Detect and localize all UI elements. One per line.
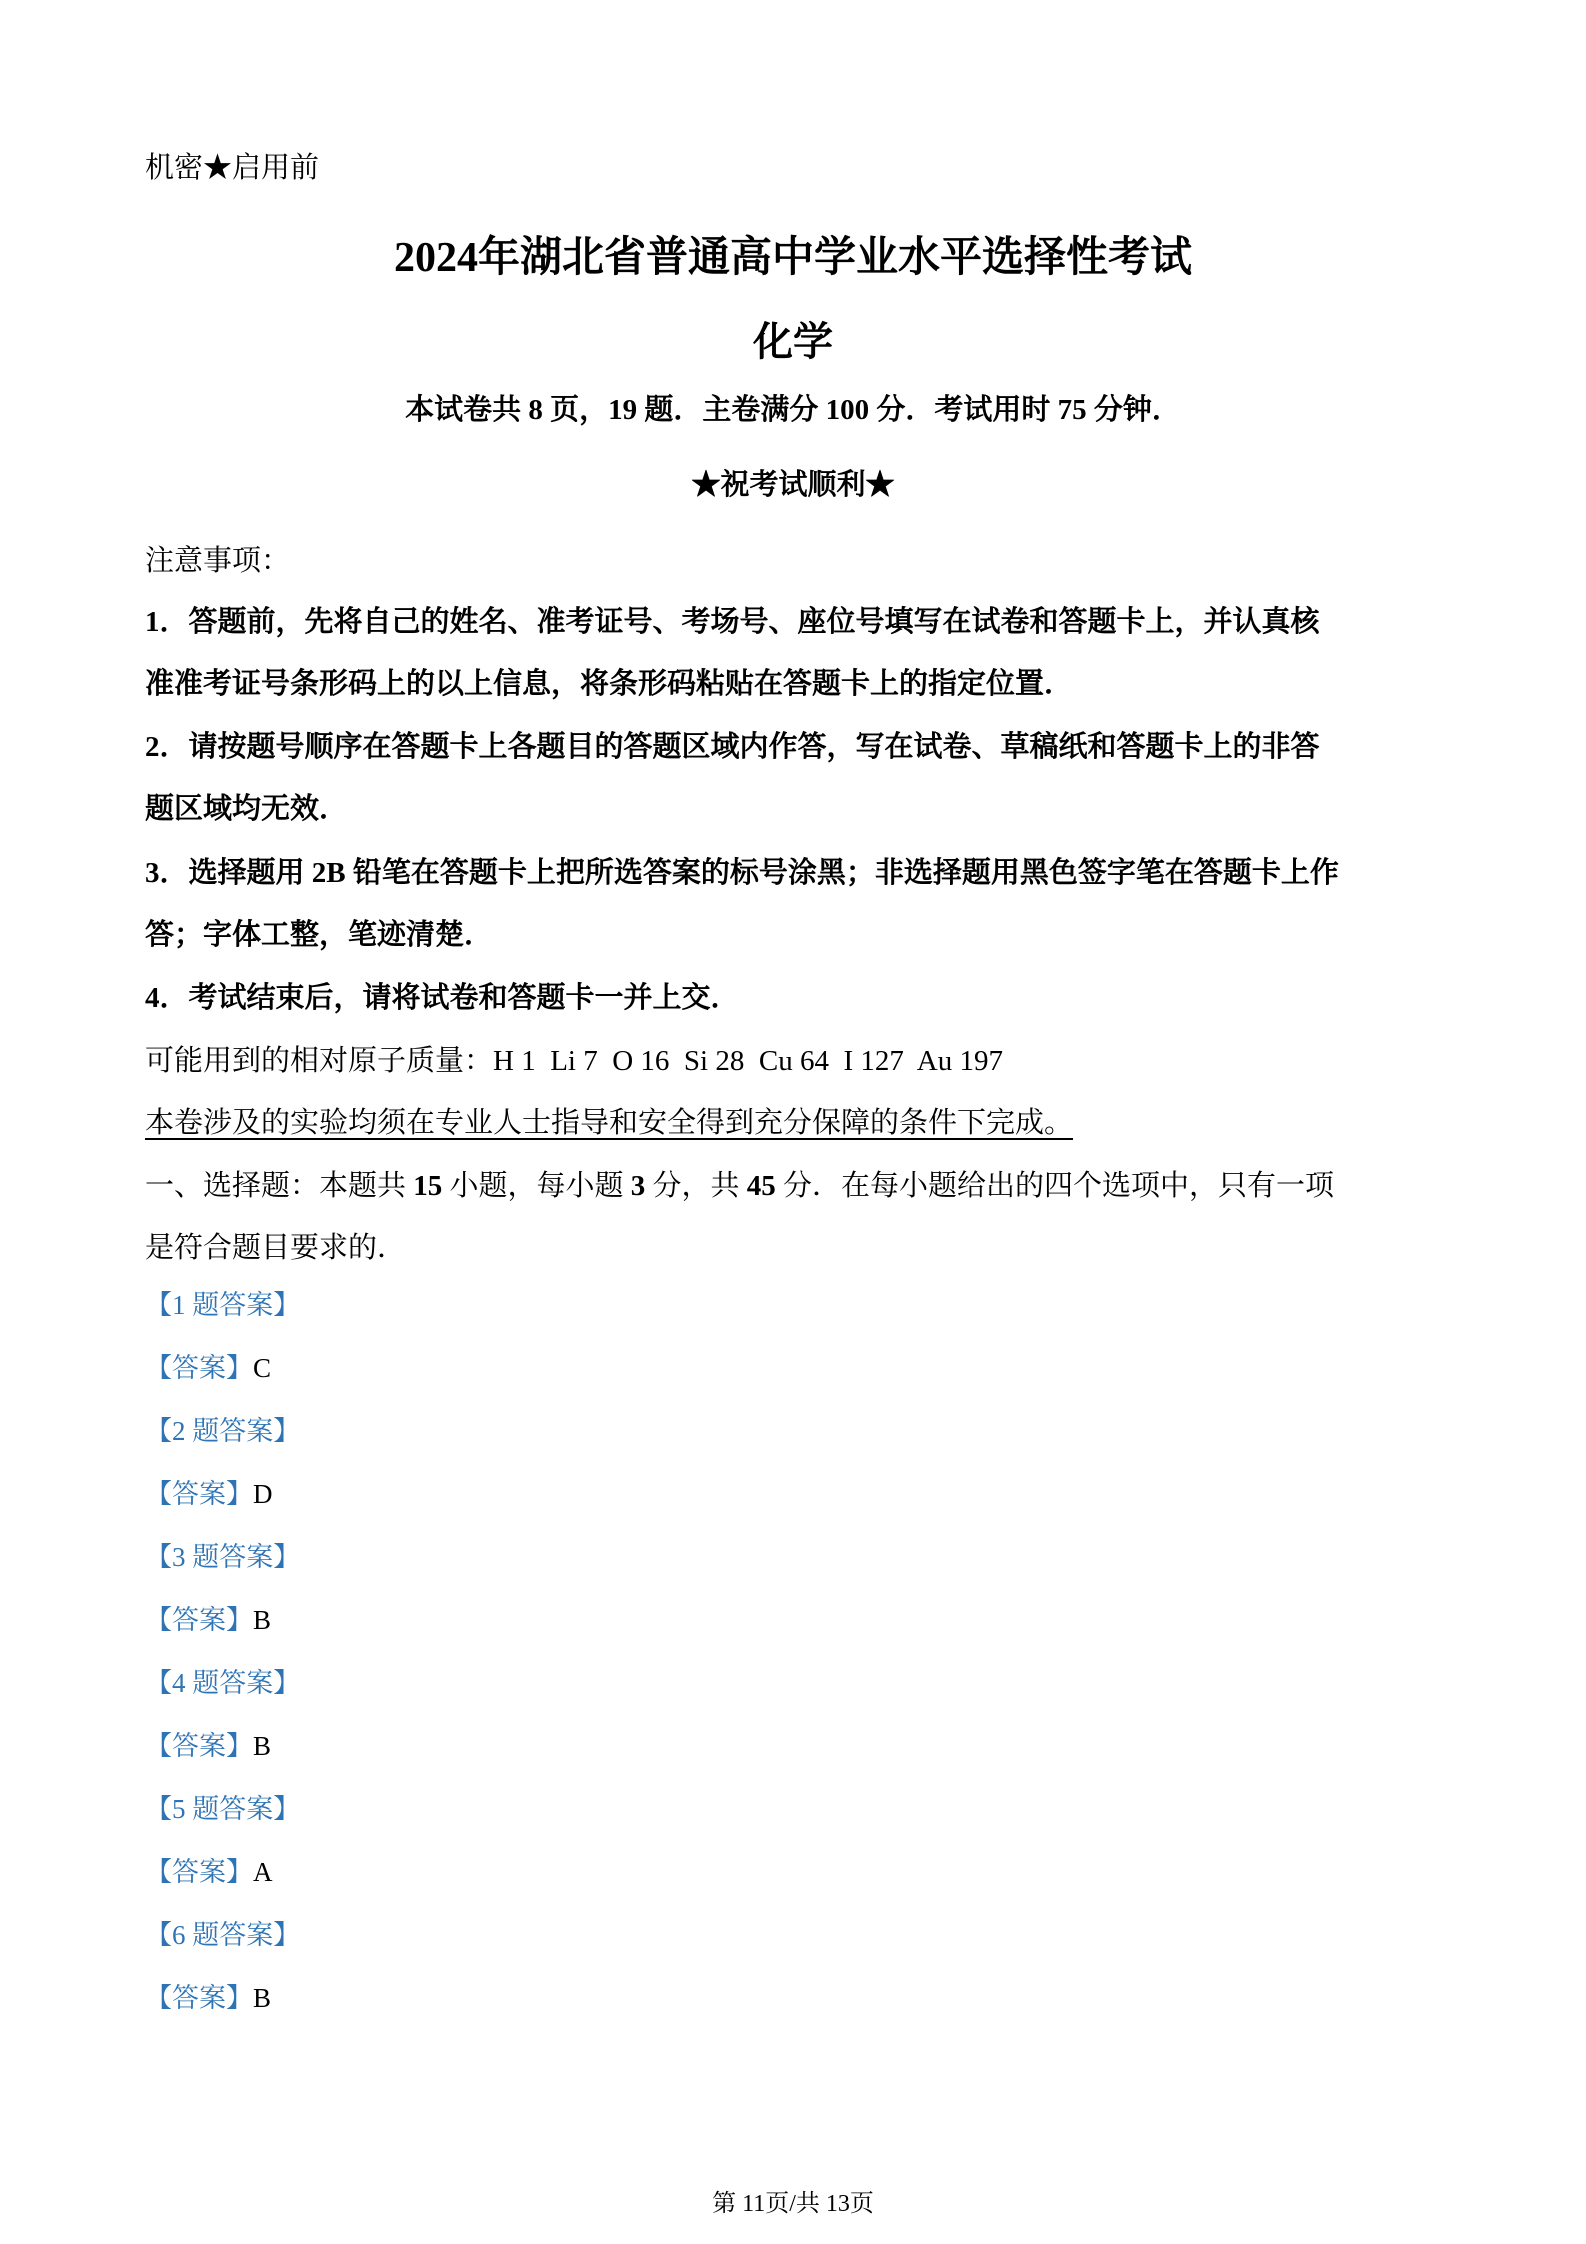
answer-value: A <box>253 1857 273 1887</box>
section-heading: 一、选择题：本题共 15 小题，每小题 3 分，共 45 分．在每小题给出的四个… <box>145 1155 1455 1279</box>
answer-label: 【答案】 <box>145 1605 253 1635</box>
answer-heading-5: 【5 题答案】 <box>145 1789 300 1829</box>
answer-row-5: 【答案】A <box>145 1852 273 1892</box>
notice-item-1-line1: 1．答题前，先将自己的姓名、准考证号、考场号、座位号填写在试卷和答题卡上，并认真… <box>145 591 1455 653</box>
answer-row-3: 【答案】B <box>145 1600 271 1640</box>
atomic-masses-values: H 1 Li 7 O 16 Si 28 Cu 64 I 127 Au 197 <box>493 1045 1003 1077</box>
atomic-masses-label: 可能用到的相对原子质量： <box>145 1045 493 1077</box>
answer-value: C <box>253 1353 271 1383</box>
notice-item-2-line2: 题区域均无效． <box>145 778 1455 840</box>
answer-value: B <box>253 1605 271 1635</box>
notice-heading: 注意事项： <box>145 530 1455 592</box>
notice-item-3: 3．选择题用 2B 铅笔在答题卡上把所选答案的标号涂黑；非选择题用黑色签字笔在答… <box>145 842 1455 966</box>
answer-value: B <box>253 1983 271 2013</box>
answer-label: 【答案】 <box>145 1857 253 1887</box>
exam-info: 本试卷共 8 页，19 题．主卷满分 100 分．考试用时 75 分钟． <box>0 387 1586 428</box>
answer-row-6: 【答案】B <box>145 1978 271 2018</box>
confidential-label: 机密★启用前 <box>145 145 319 186</box>
section-text: 一、选择题：本题共 <box>145 1170 413 1202</box>
answer-label: 【答案】 <box>145 1353 253 1383</box>
answer-heading-1: 【1 题答案】 <box>145 1285 300 1325</box>
answer-row-4: 【答案】B <box>145 1726 271 1766</box>
notice-item-3-line1: 3．选择题用 2B 铅笔在答题卡上把所选答案的标号涂黑；非选择题用黑色签字笔在答… <box>145 842 1455 904</box>
subject-title: 化学 <box>0 310 1586 367</box>
notice-item-2: 2．请按题号顺序在答题卡上各题目的答题区域内作答，写在试卷、草稿纸和答题卡上的非… <box>145 716 1455 840</box>
notice-item-3-line2: 答；字体工整，笔迹清楚． <box>145 904 1455 966</box>
answer-row-1: 【答案】C <box>145 1348 271 1388</box>
answer-row-2: 【答案】D <box>145 1474 273 1514</box>
answer-value: B <box>253 1731 271 1761</box>
exam-title: 2024年湖北省普通高中学业水平选择性考试 <box>0 224 1586 284</box>
atomic-masses: 可能用到的相对原子质量：H 1 Li 7 O 16 Si 28 Cu 64 I … <box>145 1030 1455 1092</box>
answer-label: 【答案】 <box>145 1479 253 1509</box>
notice-item-4: 4．考试结束后，请将试卷和答题卡一并上交． <box>145 967 1455 1029</box>
answer-heading-2: 【2 题答案】 <box>145 1411 300 1451</box>
question-count: 15 <box>413 1170 442 1202</box>
answer-label: 【答案】 <box>145 1983 253 2013</box>
notice-item-4-line1: 4．考试结束后，请将试卷和答题卡一并上交． <box>145 967 1455 1029</box>
good-luck-line: ★祝考试顺利★ <box>0 462 1586 503</box>
section-text-line2: 是符合题目要求的． <box>145 1217 1455 1279</box>
notice-item-1: 1．答题前，先将自己的姓名、准考证号、考场号、座位号填写在试卷和答题卡上，并认真… <box>145 591 1455 715</box>
answer-value: D <box>253 1479 273 1509</box>
answer-heading-4: 【4 题答案】 <box>145 1663 300 1703</box>
answer-label: 【答案】 <box>145 1731 253 1761</box>
section-text: 分．在每小题给出的四个选项中，只有一项 <box>776 1170 1334 1202</box>
points-each: 3 <box>631 1170 646 1202</box>
answer-heading-6: 【6 题答案】 <box>145 1915 300 1955</box>
safety-note: 本卷涉及的实验均须在专业人士指导和安全得到充分保障的条件下完成。 <box>145 1092 1455 1154</box>
page-footer: 第 11页/共 13页 <box>0 2183 1586 2218</box>
answer-heading-3: 【3 题答案】 <box>145 1537 300 1577</box>
notice-item-1-line2: 准准考证号条形码上的以上信息，将条形码粘贴在答题卡上的指定位置． <box>145 653 1455 715</box>
notice-item-2-line1: 2．请按题号顺序在答题卡上各题目的答题区域内作答，写在试卷、草稿纸和答题卡上的非… <box>145 716 1455 778</box>
points-total: 45 <box>747 1170 776 1202</box>
section-text: 分，共 <box>645 1170 747 1202</box>
section-text: 小题，每小题 <box>442 1170 631 1202</box>
